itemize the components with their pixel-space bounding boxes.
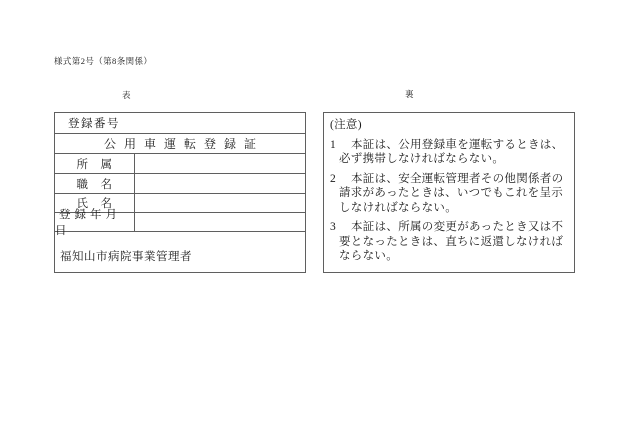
field-label-registration-date: 登録年月日	[55, 213, 134, 231]
notice-item-2-number: 2	[330, 172, 336, 187]
document-page: 様式第2号（第8条関係） 表 裏 登録番号 公用車運転登録証 所 属 職 名 氏…	[0, 0, 630, 439]
field-row-registration-date: 登録年月日	[55, 213, 305, 232]
notice-item-2-line: 請求があったときは、いつでもこれを呈示	[339, 186, 566, 201]
notice-item-2: 2 本証は、安全運転管理者その他関係者の 請求があったときは、いつでもこれを呈示…	[330, 172, 566, 216]
registration-number-row: 登録番号	[55, 113, 305, 134]
notice-item-1-number: 1	[330, 138, 336, 153]
field-value-affiliation	[134, 154, 305, 173]
notice-item-1-line: 本証は、公用登録車を運転するときは、	[351, 138, 566, 153]
back-side-label: 裏	[405, 88, 414, 100]
notice-item-3: 3 本証は、所属の変更があったとき又は不 要となったときは、直ちに返還しなければ…	[330, 220, 566, 264]
form-number: 様式第2号（第8条関係）	[54, 55, 152, 67]
field-value-name	[134, 194, 305, 212]
notice-item-3-number: 3	[330, 220, 336, 235]
field-row-job-title: 職 名	[55, 174, 305, 194]
field-label-job-title: 職 名	[55, 174, 134, 193]
field-value-registration-date	[134, 213, 305, 231]
field-label-affiliation: 所 属	[55, 154, 134, 173]
registration-number-label: 登録番号	[68, 115, 120, 131]
field-row-affiliation: 所 属	[55, 154, 305, 174]
front-side-label: 表	[122, 89, 131, 101]
issuer: 福知山市病院事業管理者	[55, 232, 305, 272]
card-title: 公用車運転登録証	[55, 134, 305, 154]
field-value-job-title	[134, 174, 305, 193]
notice-item-2-line: 本証は、安全運転管理者その他関係者の	[351, 172, 566, 187]
notice-card-back: (注意) 1 本証は、公用登録車を運転するときは、 必ず携帯しなければならない。…	[323, 112, 575, 273]
registration-card-front: 登録番号 公用車運転登録証 所 属 職 名 氏 名 登録年月日 福知山市病院事業…	[54, 112, 306, 273]
notice-item-3-line: 要となったときは、直ちに返還しなければ	[339, 235, 566, 250]
notice-title: (注意)	[330, 118, 566, 133]
notice-item-3-line: 本証は、所属の変更があったとき又は不	[351, 220, 566, 235]
notice-item-1: 1 本証は、公用登録車を運転するときは、 必ず携帯しなければならない。	[330, 138, 566, 167]
notice-item-1-line: 必ず携帯しなければならない。	[339, 152, 566, 167]
notice-item-3-line: ならない。	[339, 249, 566, 264]
notice-item-2-line: しなければならない。	[339, 201, 566, 216]
